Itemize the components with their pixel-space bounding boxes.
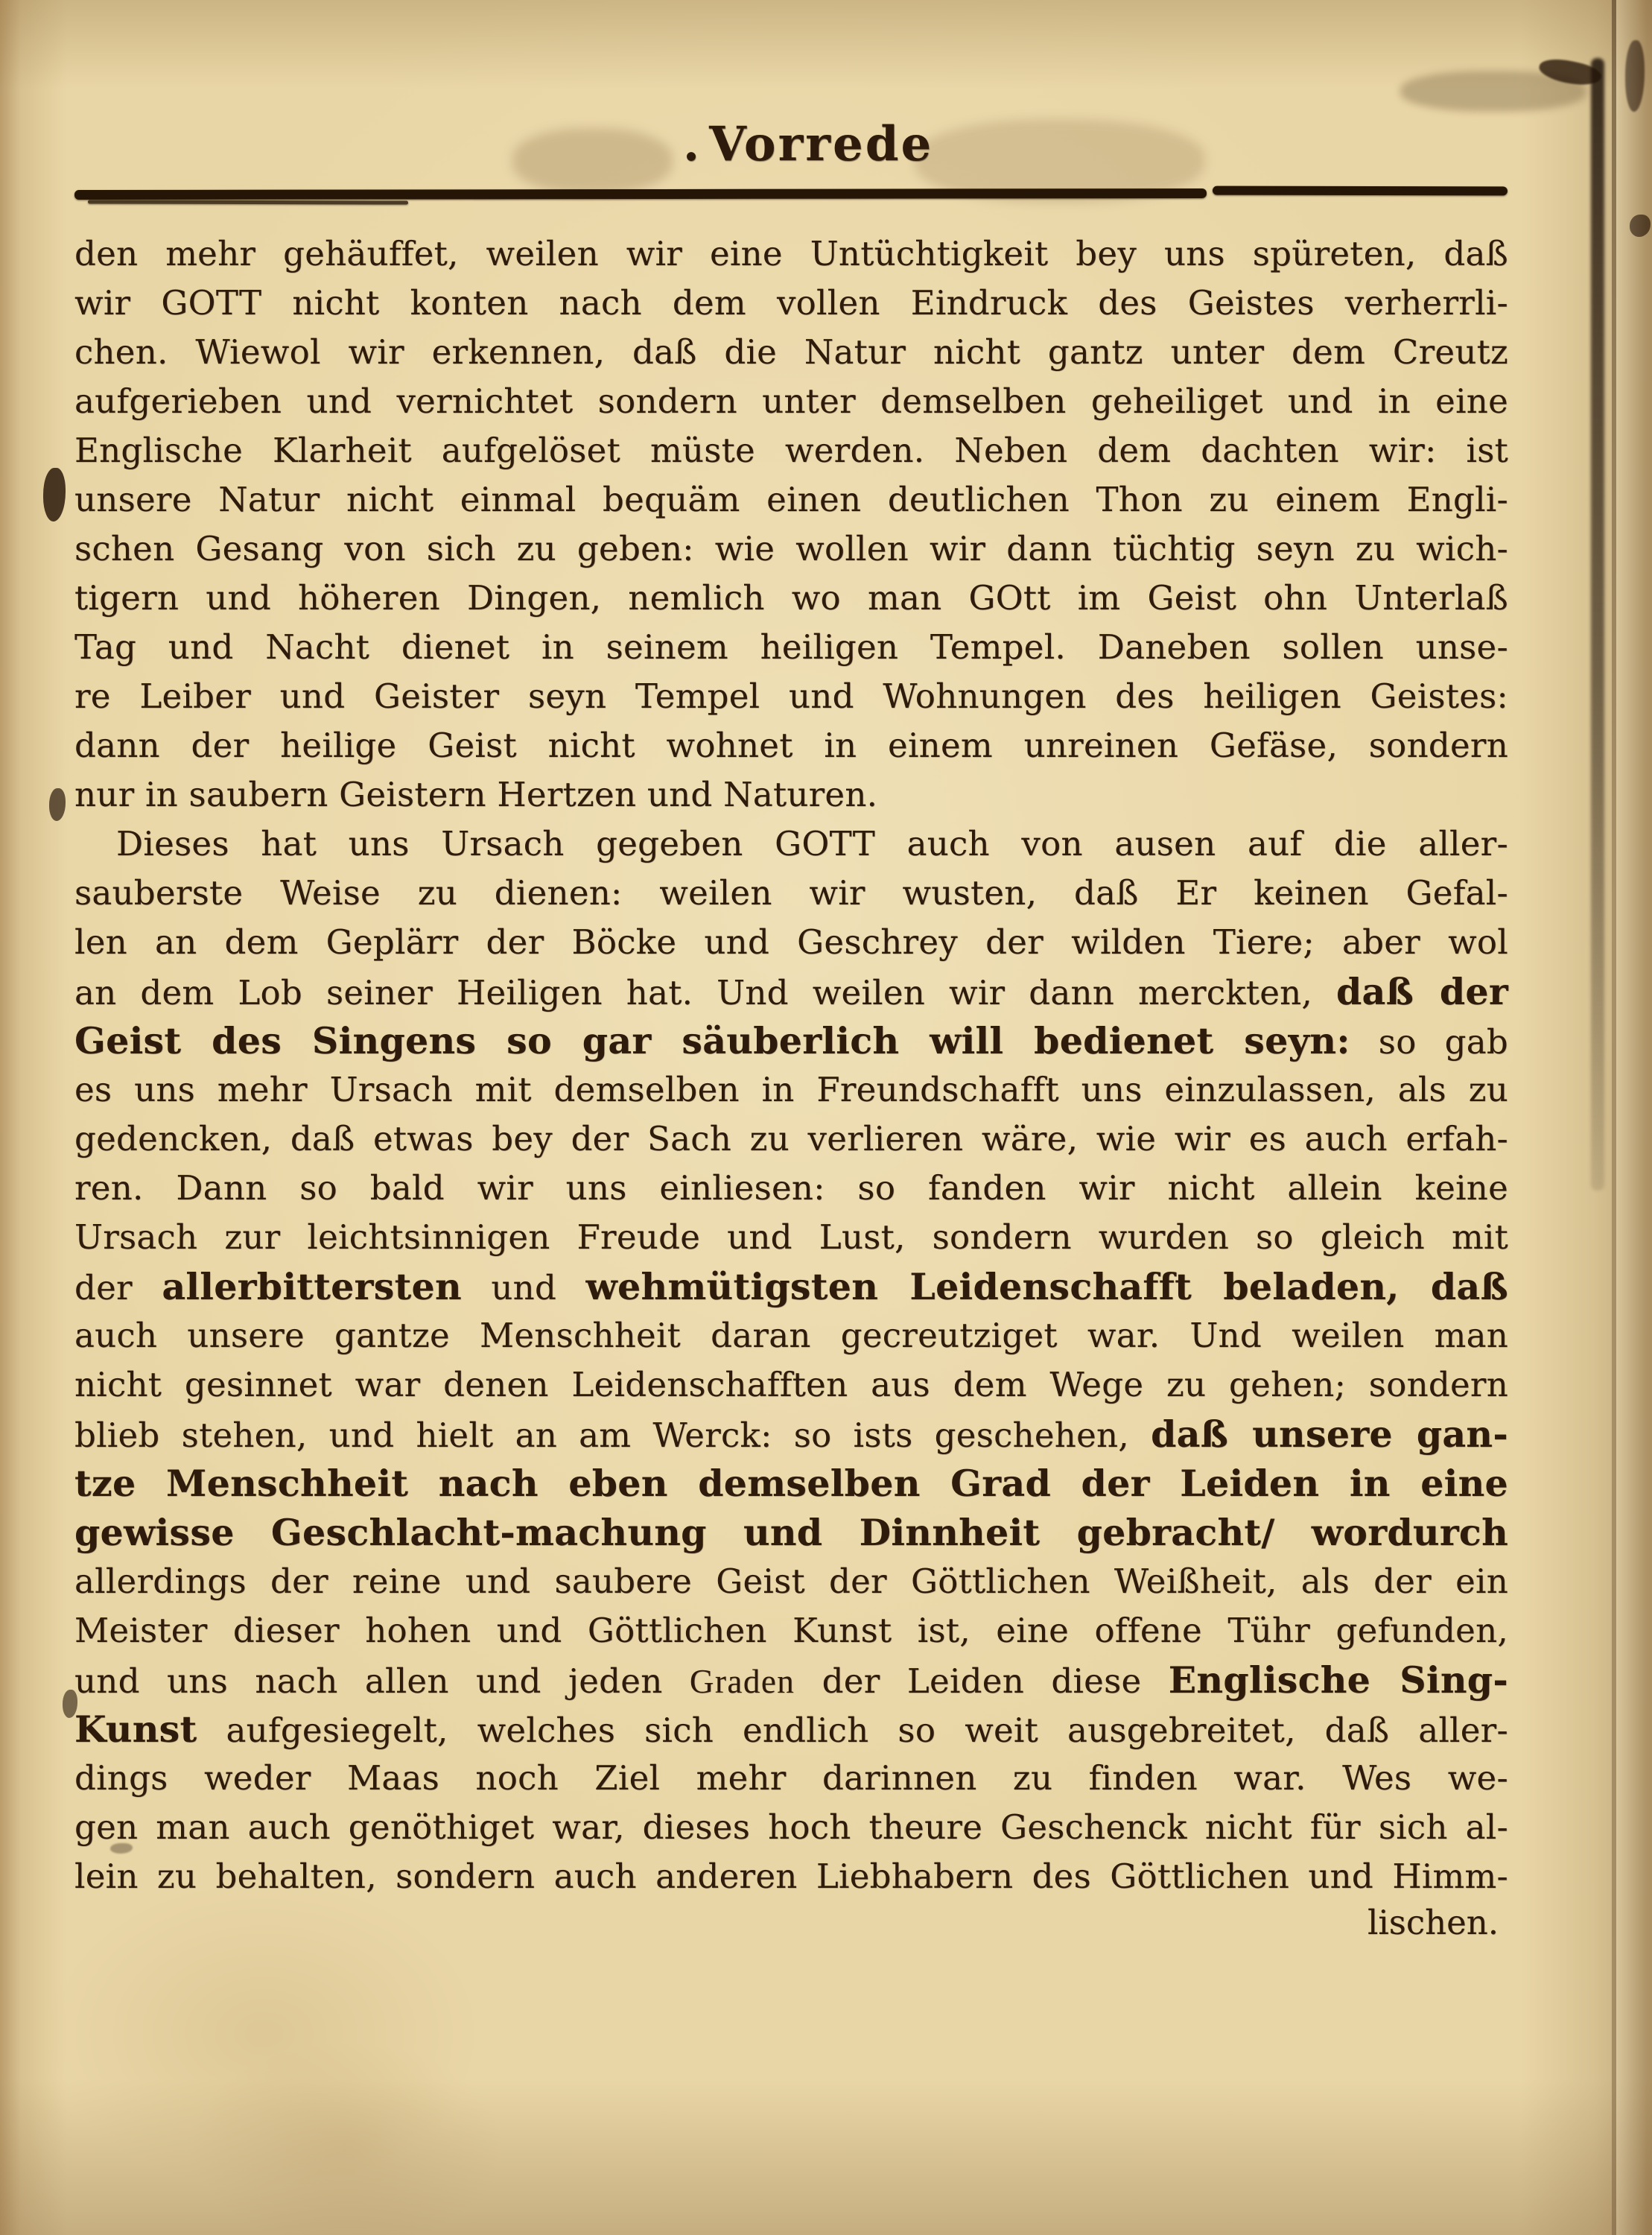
- text-segment: Ursach zur leichtsinnigen Freude und Lus…: [74, 1217, 1508, 1257]
- text-line: allerdings der reine und saubere Geist d…: [74, 1557, 1508, 1606]
- text-line: tze Menschheit nach eben demselben Grad …: [74, 1459, 1508, 1508]
- page-edge: [1616, 0, 1652, 2235]
- text-line: blieb stehen, und hielt an am Werck: so …: [74, 1410, 1508, 1459]
- text-segment: blieb stehen, und hielt an am Werck: so …: [74, 1415, 1151, 1455]
- text-line: tigern und höheren Dingen, nemlich wo ma…: [74, 574, 1508, 623]
- title-prefix-dot: .: [683, 116, 702, 172]
- text-segment: aufgesiegelt, welches sich endlich so we…: [197, 1711, 1508, 1750]
- page-title: .Vorrede: [0, 116, 1616, 172]
- text-segment: dann der heilige Geist nicht wohnet in e…: [74, 726, 1508, 765]
- text-segment: tigern und höheren Dingen, nemlich wo ma…: [74, 578, 1508, 618]
- header-rule: [1213, 186, 1508, 196]
- text-segment: lein zu behalten, sondern auch anderen L…: [74, 1857, 1508, 1896]
- text-line: nur in saubern Geistern Hertzen und Natu…: [74, 770, 1508, 819]
- text-segment: tze Menschheit nach eben demselben Grad …: [74, 1462, 1508, 1505]
- text-segment: gewisse Geschlacht-machung und Dinnheit …: [74, 1511, 1508, 1554]
- text-segment: Geist des Singens so gar säuberlich will…: [74, 1019, 1350, 1062]
- text-line: und uns nach allen und jeden Graden der …: [74, 1655, 1508, 1705]
- text-segment: Meister dieser hohen und Göttlichen Kuns…: [74, 1611, 1508, 1650]
- text-line: Ursach zur leichtsinnigen Freude und Lus…: [74, 1213, 1508, 1262]
- text-segment: dings weder Maas noch Ziel mehr darinnen…: [74, 1758, 1508, 1798]
- text-segment: gedencken, daß etwas bey der Sach zu ver…: [74, 1119, 1508, 1158]
- text-line: re Leiber und Geister seyn Tempel und Wo…: [74, 672, 1508, 721]
- text-segment: Englische Sing-: [1169, 1658, 1508, 1702]
- ink-smudge: [49, 788, 66, 821]
- text-segment: len an dem Geplärr der Böcke und Geschre…: [74, 922, 1508, 962]
- text-line: dann der heilige Geist nicht wohnet in e…: [74, 721, 1508, 770]
- preface-text: den mehr gehäuffet, weilen wir eine Untü…: [74, 229, 1508, 1901]
- text-line: dings weder Maas noch Ziel mehr darinnen…: [74, 1754, 1508, 1803]
- text-segment: und uns nach allen und jeden: [74, 1661, 690, 1701]
- text-line: nicht gesinnet war denen Leidenschafften…: [74, 1360, 1508, 1410]
- text-line: Kunst aufgesiegelt, welches sich endlich…: [74, 1705, 1508, 1754]
- text-segment: den mehr gehäuffet, weilen wir eine Untü…: [74, 234, 1508, 273]
- text-segment: unsere Natur nicht einmal bequäm einen d…: [74, 480, 1508, 519]
- text-segment: Kunst: [74, 1708, 197, 1751]
- text-line: Tag und Nacht dienet in seinem heiligen …: [74, 623, 1508, 672]
- text-segment: allerdings der reine und saubere Geist d…: [74, 1562, 1508, 1601]
- ink-smudge: [43, 468, 66, 521]
- text-segment: so gab: [1350, 1022, 1508, 1062]
- text-segment: der: [74, 1268, 162, 1307]
- text-line: Meister dieser hohen und Göttlichen Kuns…: [74, 1606, 1508, 1655]
- text-line: den mehr gehäuffet, weilen wir eine Untü…: [74, 229, 1508, 279]
- text-line: es uns mehr Ursach mit demselben in Freu…: [74, 1065, 1508, 1115]
- text-segment: Englische Klarheit aufgelöset müste werd…: [74, 431, 1508, 470]
- text-segment: re Leiber und Geister seyn Tempel und Wo…: [74, 676, 1508, 716]
- text-line: wir GOTT nicht konten nach dem vollen Ei…: [74, 279, 1508, 328]
- text-segment: allerbittersten: [162, 1265, 462, 1308]
- text-segment: wir GOTT nicht konten nach dem vollen Ei…: [74, 283, 1508, 323]
- text-line: an dem Lob seiner Heiligen hat. Und weil…: [74, 967, 1508, 1016]
- text-segment: aufgerieben und vernichtet sondern unter…: [74, 381, 1508, 421]
- text-segment: schen Gesang von sich zu geben: wie woll…: [74, 529, 1508, 568]
- text-segment: gen man auch genöthiget war, dieses hoch…: [74, 1807, 1508, 1847]
- catchword: lischen.: [74, 1898, 1499, 1947]
- text-segment: es uns mehr Ursach mit demselben in Freu…: [74, 1070, 1508, 1109]
- page-edge-line: [1612, 0, 1616, 2235]
- book-page: .Vorrede den mehr gehäuffet, weilen wir …: [0, 0, 1652, 2235]
- text-segment: daß unsere gan-: [1151, 1413, 1508, 1456]
- text-line: gen man auch genöthiget war, dieses hoch…: [74, 1803, 1508, 1852]
- text-segment: ren. Dann so bald wir uns einliesen: so …: [74, 1168, 1508, 1208]
- text-line: Geist des Singens so gar säuberlich will…: [74, 1016, 1508, 1065]
- text-line: auch unsere gantze Menschheit daran gecr…: [74, 1311, 1508, 1360]
- text-line: gewisse Geschlacht-machung und Dinnheit …: [74, 1508, 1508, 1557]
- header-rule: [88, 200, 408, 204]
- text-line: chen. Wiewol wir erkennen, daß die Natur…: [74, 328, 1508, 377]
- text-segment: wehmütigsten Leidenschafft beladen, daß: [586, 1265, 1508, 1308]
- text-segment: Graden: [690, 1663, 795, 1700]
- text-segment: chen. Wiewol wir erkennen, daß die Natur…: [74, 332, 1508, 372]
- text-line: Englische Klarheit aufgelöset müste werd…: [74, 426, 1508, 475]
- text-line: len an dem Geplärr der Böcke und Geschre…: [74, 918, 1508, 967]
- title-text: Vorrede: [709, 116, 933, 172]
- text-segment: der Leiden diese: [795, 1661, 1168, 1701]
- text-line: Dieses hat uns Ursach gegeben GOTT auch …: [74, 819, 1508, 869]
- text-segment: daß der: [1336, 970, 1508, 1013]
- binding-shadow: [1591, 58, 1604, 1191]
- text-segment: Tag und Nacht dienet in seinem heiligen …: [74, 627, 1508, 667]
- text-line: unsere Natur nicht einmal bequäm einen d…: [74, 475, 1508, 524]
- text-line: der allerbittersten und wehmütigsten Lei…: [74, 1262, 1508, 1311]
- text-line: schen Gesang von sich zu geben: wie woll…: [74, 524, 1508, 574]
- text-line: lein zu behalten, sondern auch anderen L…: [74, 1852, 1508, 1901]
- text-segment: an dem Lob seiner Heiligen hat. Und weil…: [74, 973, 1336, 1012]
- text-segment: und: [462, 1268, 586, 1307]
- text-segment: nicht gesinnet war denen Leidenschafften…: [74, 1365, 1508, 1404]
- text-segment: nur in saubern Geistern Hertzen und Natu…: [74, 775, 877, 814]
- text-segment: sauberste Weise zu dienen: weilen wir wu…: [74, 873, 1508, 913]
- text-segment: Dieses hat uns Ursach gegeben GOTT auch …: [116, 824, 1508, 863]
- text-line: aufgerieben und vernichtet sondern unter…: [74, 377, 1508, 426]
- text-line: sauberste Weise zu dienen: weilen wir wu…: [74, 869, 1508, 918]
- text-line: ren. Dann so bald wir uns einliesen: so …: [74, 1164, 1508, 1213]
- header-rule: [74, 188, 1207, 200]
- text-line: gedencken, daß etwas bey der Sach zu ver…: [74, 1115, 1508, 1164]
- text-segment: auch unsere gantze Menschheit daran gecr…: [74, 1316, 1508, 1355]
